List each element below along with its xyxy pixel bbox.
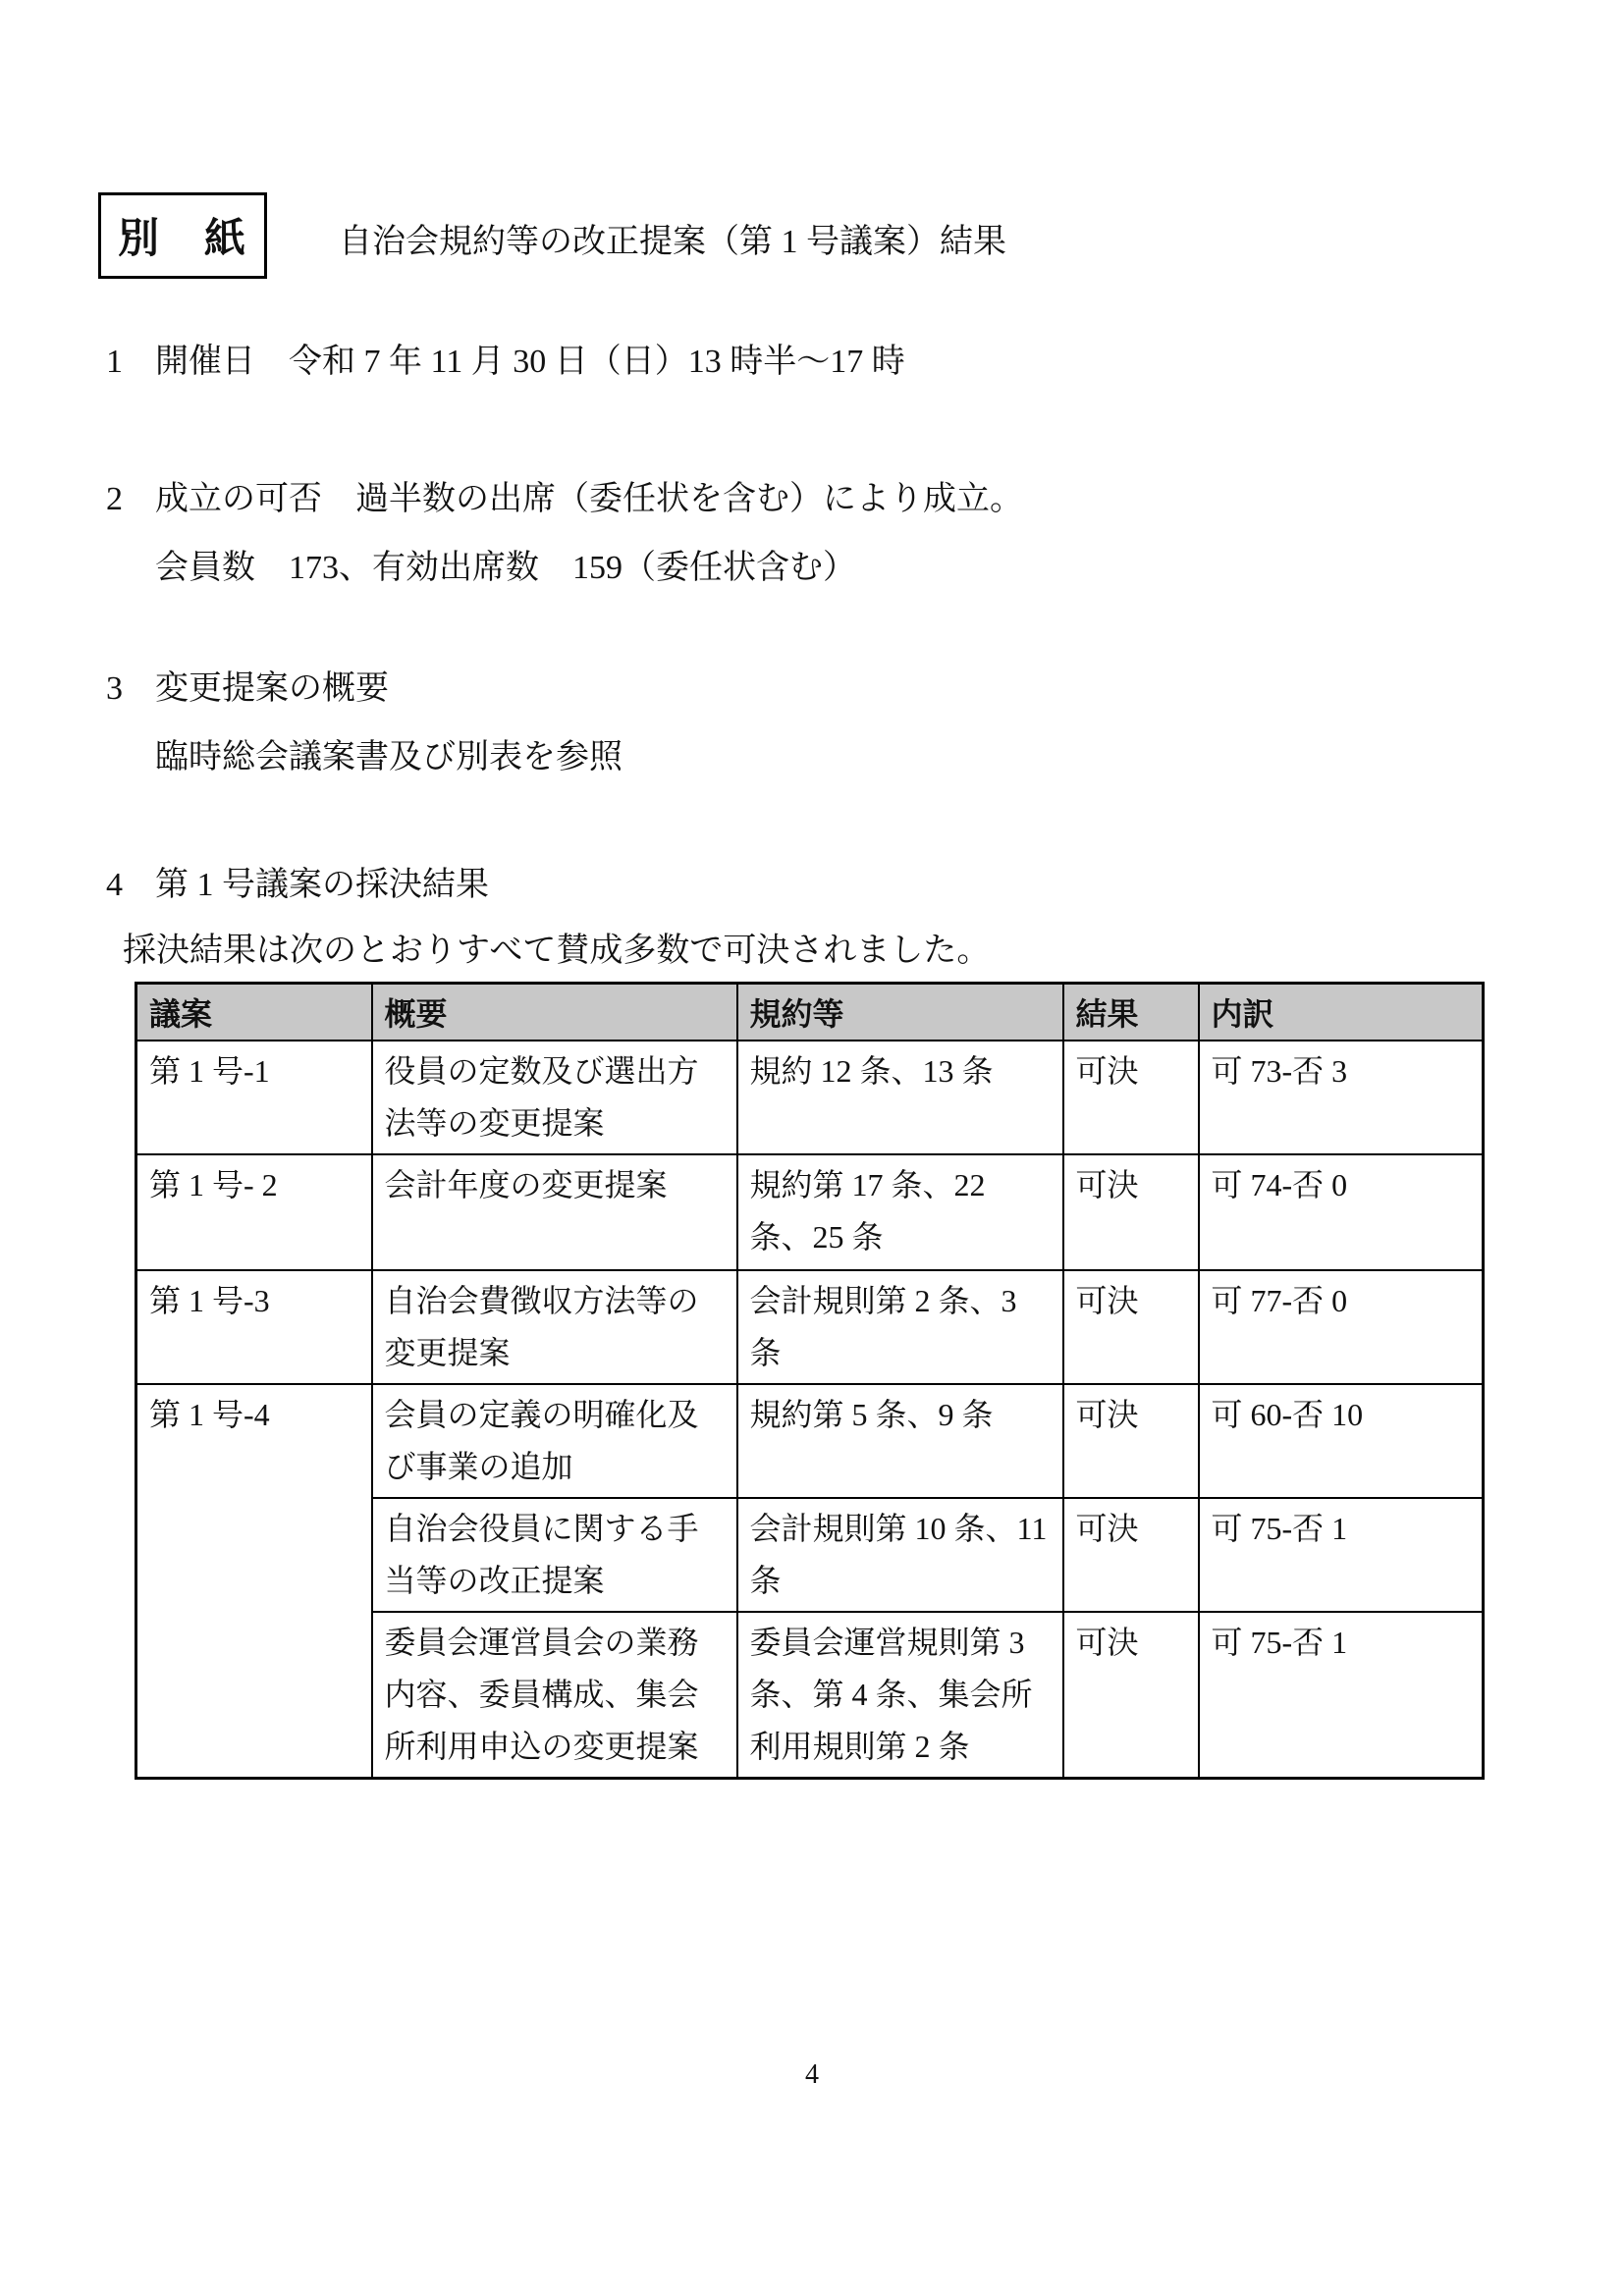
section-3: 3変更提案の概要 <box>106 661 389 709</box>
section-1-heading: 開催日 令和 7 年 11 月 30 日（日）13 時半～17 時 <box>155 344 905 380</box>
column-header: 結果 <box>1063 984 1199 1041</box>
table-row: 第 1 号-3自治会費徴収方法等の変更提案会計規則第 2 条、3 条可決可 77… <box>136 1270 1484 1384</box>
regulations-cell: 会計規則第 2 条、3 条 <box>737 1270 1063 1384</box>
result-cell: 可決 <box>1063 1154 1199 1270</box>
section-3-number: 3 <box>106 670 155 708</box>
section-4: 4第 1 号議案の採決結果 <box>106 857 489 905</box>
result-cell: 可決 <box>1063 1612 1199 1779</box>
breakdown-cell: 可 77-否 0 <box>1199 1270 1484 1384</box>
regulations-cell: 委員会運営規則第 3 条、第 4 条、集会所利用規則第 2 条 <box>737 1612 1063 1779</box>
regulations-cell: 規約第 5 条、9 条 <box>737 1384 1063 1498</box>
summary-cell: 役員の定数及び選出方法等の変更提案 <box>372 1041 737 1154</box>
result-cell: 可決 <box>1063 1384 1199 1498</box>
regulations-cell: 規約第 17 条、22 条、25 条 <box>737 1154 1063 1270</box>
regulations-cell: 会計規則第 10 条、11 条 <box>737 1498 1063 1612</box>
section-1: 1開催日 令和 7 年 11 月 30 日（日）13 時半～17 時 <box>106 334 905 382</box>
column-header: 規約等 <box>737 984 1063 1041</box>
summary-cell: 会員の定義の明確化及び事業の追加 <box>372 1384 737 1498</box>
section-2-heading: 成立の可否 過半数の出席（委任状を含む）により成立。 <box>155 481 1023 517</box>
breakdown-cell: 可 73-否 3 <box>1199 1041 1484 1154</box>
result-cell: 可決 <box>1063 1270 1199 1384</box>
section-1-number: 1 <box>106 344 155 381</box>
case-cell: 第 1 号-4 <box>136 1384 372 1779</box>
summary-cell: 会計年度の変更提案 <box>372 1154 737 1270</box>
case-cell: 第 1 号-1 <box>136 1041 372 1154</box>
breakdown-cell: 可 75-否 1 <box>1199 1498 1484 1612</box>
page-number: 4 <box>0 2059 1624 2091</box>
attachment-label-box: 別 紙 <box>98 192 267 279</box>
document-page: 別 紙 自治会規約等の改正提案（第 1 号議案）結果 1開催日 令和 7 年 1… <box>0 0 1624 2296</box>
summary-cell: 委員会運営員会の業務内容、委員構成、集会所利用申込の変更提案 <box>372 1612 737 1779</box>
results-table-body: 第 1 号-1役員の定数及び選出方法等の変更提案規約 12 条、13 条可決可 … <box>136 1041 1484 1779</box>
summary-cell: 自治会役員に関する手当等の改正提案 <box>372 1498 737 1612</box>
case-cell: 第 1 号- 2 <box>136 1154 372 1270</box>
section-4-heading: 第 1 号議案の採決結果 <box>155 867 489 903</box>
breakdown-cell: 可 60-否 10 <box>1199 1384 1484 1498</box>
column-header: 内訳 <box>1199 984 1484 1041</box>
section-4-subline: 採決結果は次のとおりすべて賛成多数で可決されました。 <box>123 923 990 971</box>
section-2: 2成立の可否 過半数の出席（委任状を含む）により成立。 <box>106 471 1023 519</box>
page-title: 自治会規約等の改正提案（第 1 号議案）結果 <box>339 214 1006 262</box>
table-row: 第 1 号-4会員の定義の明確化及び事業の追加規約第 5 条、9 条可決可 60… <box>136 1384 1484 1498</box>
attachment-label: 別 紙 <box>118 206 247 265</box>
section-2-subline: 会員数 173、有効出席数 159（委任状含む） <box>155 540 856 588</box>
section-3-heading: 変更提案の概要 <box>155 670 389 707</box>
column-header: 概要 <box>372 984 737 1041</box>
case-cell: 第 1 号-3 <box>136 1270 372 1384</box>
column-header: 議案 <box>136 984 372 1041</box>
results-table: 議案概要規約等結果内訳 第 1 号-1役員の定数及び選出方法等の変更提案規約 1… <box>135 982 1485 1780</box>
result-cell: 可決 <box>1063 1498 1199 1612</box>
section-4-number: 4 <box>106 867 155 904</box>
header-row: 議案概要規約等結果内訳 <box>136 984 1484 1041</box>
breakdown-cell: 可 74-否 0 <box>1199 1154 1484 1270</box>
regulations-cell: 規約 12 条、13 条 <box>737 1041 1063 1154</box>
table-row: 第 1 号- 2会計年度の変更提案規約第 17 条、22 条、25 条可決可 7… <box>136 1154 1484 1270</box>
result-cell: 可決 <box>1063 1041 1199 1154</box>
summary-cell: 自治会費徴収方法等の変更提案 <box>372 1270 737 1384</box>
table-row: 第 1 号-1役員の定数及び選出方法等の変更提案規約 12 条、13 条可決可 … <box>136 1041 1484 1154</box>
section-2-number: 2 <box>106 481 155 518</box>
breakdown-cell: 可 75-否 1 <box>1199 1612 1484 1779</box>
section-3-subline: 臨時総会議案書及び別表を参照 <box>155 729 623 777</box>
results-table-head: 議案概要規約等結果内訳 <box>136 984 1484 1041</box>
